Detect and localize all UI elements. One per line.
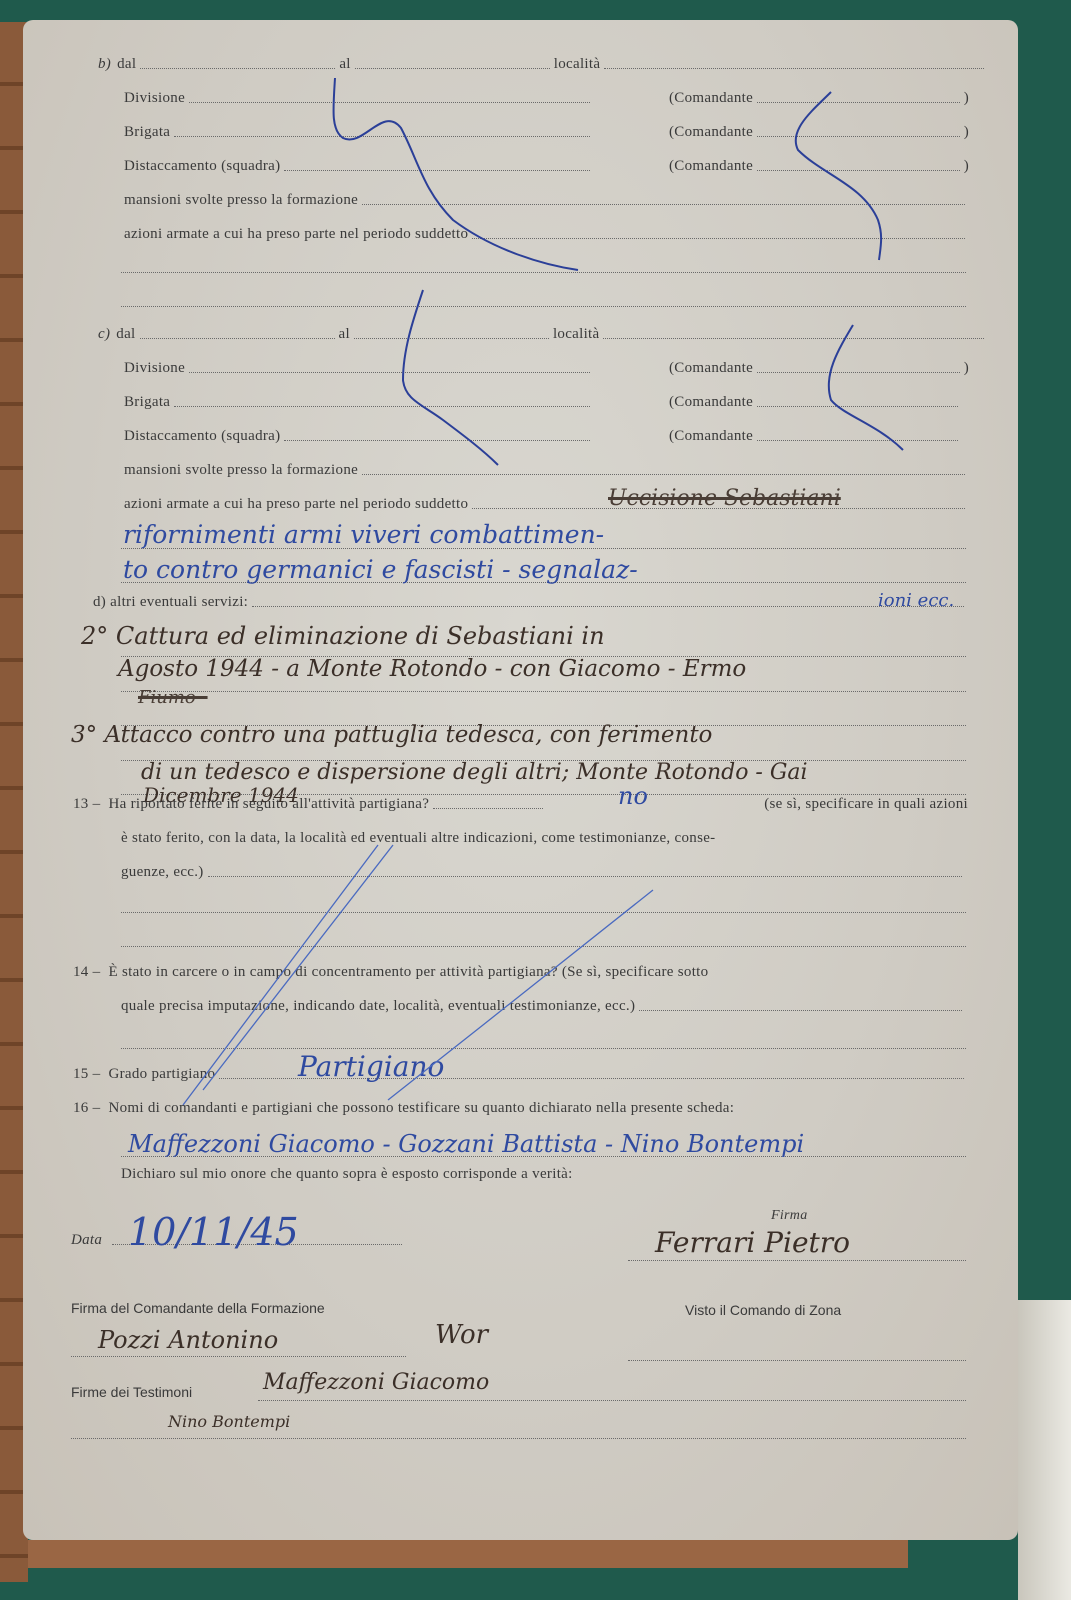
partisan-form-page: b) dal al località Divisione (Comandante… <box>23 20 1018 1540</box>
adjacent-document-edge <box>1018 1300 1071 1600</box>
wooden-frame-bottom <box>28 1540 908 1568</box>
cancellation-strokes <box>23 20 1018 1540</box>
